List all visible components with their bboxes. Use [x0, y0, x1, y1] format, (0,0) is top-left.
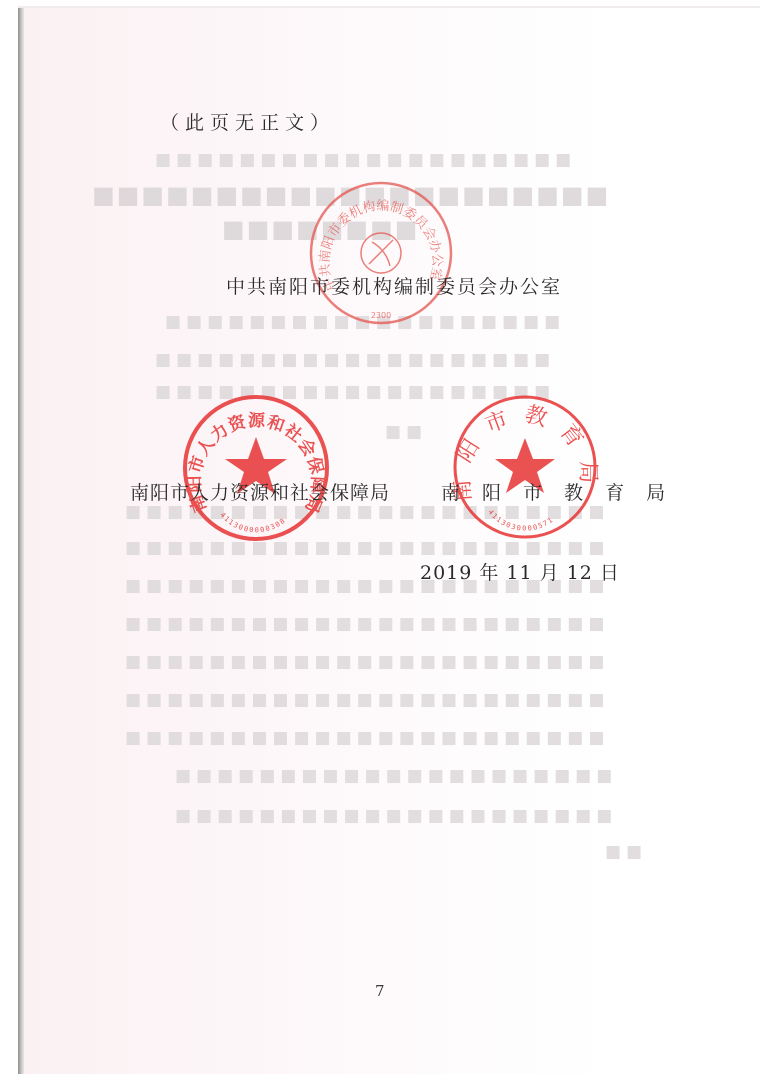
signatory-jiaoyu-char: 阳	[482, 478, 501, 505]
signatory-renshe: 南阳市人力资源和社会保障局	[130, 478, 390, 505]
signatory-jiaoyu-char: 市	[523, 478, 542, 505]
page-number: 7	[375, 982, 385, 1000]
signatory-jiaoyu-char: 局	[646, 478, 665, 505]
signatory-jiaoyu-char: 教	[564, 478, 583, 505]
signatory-jiaoyu: 南阳市教育局	[441, 478, 665, 505]
issue-date: 2019 年 11 月 12 日	[420, 558, 620, 585]
page-left-edge-shadow	[18, 8, 24, 1074]
signatory-jiaoyu-char: 育	[605, 478, 624, 505]
no-body-text-note: （此页无正文）	[160, 108, 335, 135]
signatory-bianban: 中共南阳市委机构编制委员会办公室	[226, 272, 562, 299]
signatory-jiaoyu-char: 南	[441, 478, 460, 505]
